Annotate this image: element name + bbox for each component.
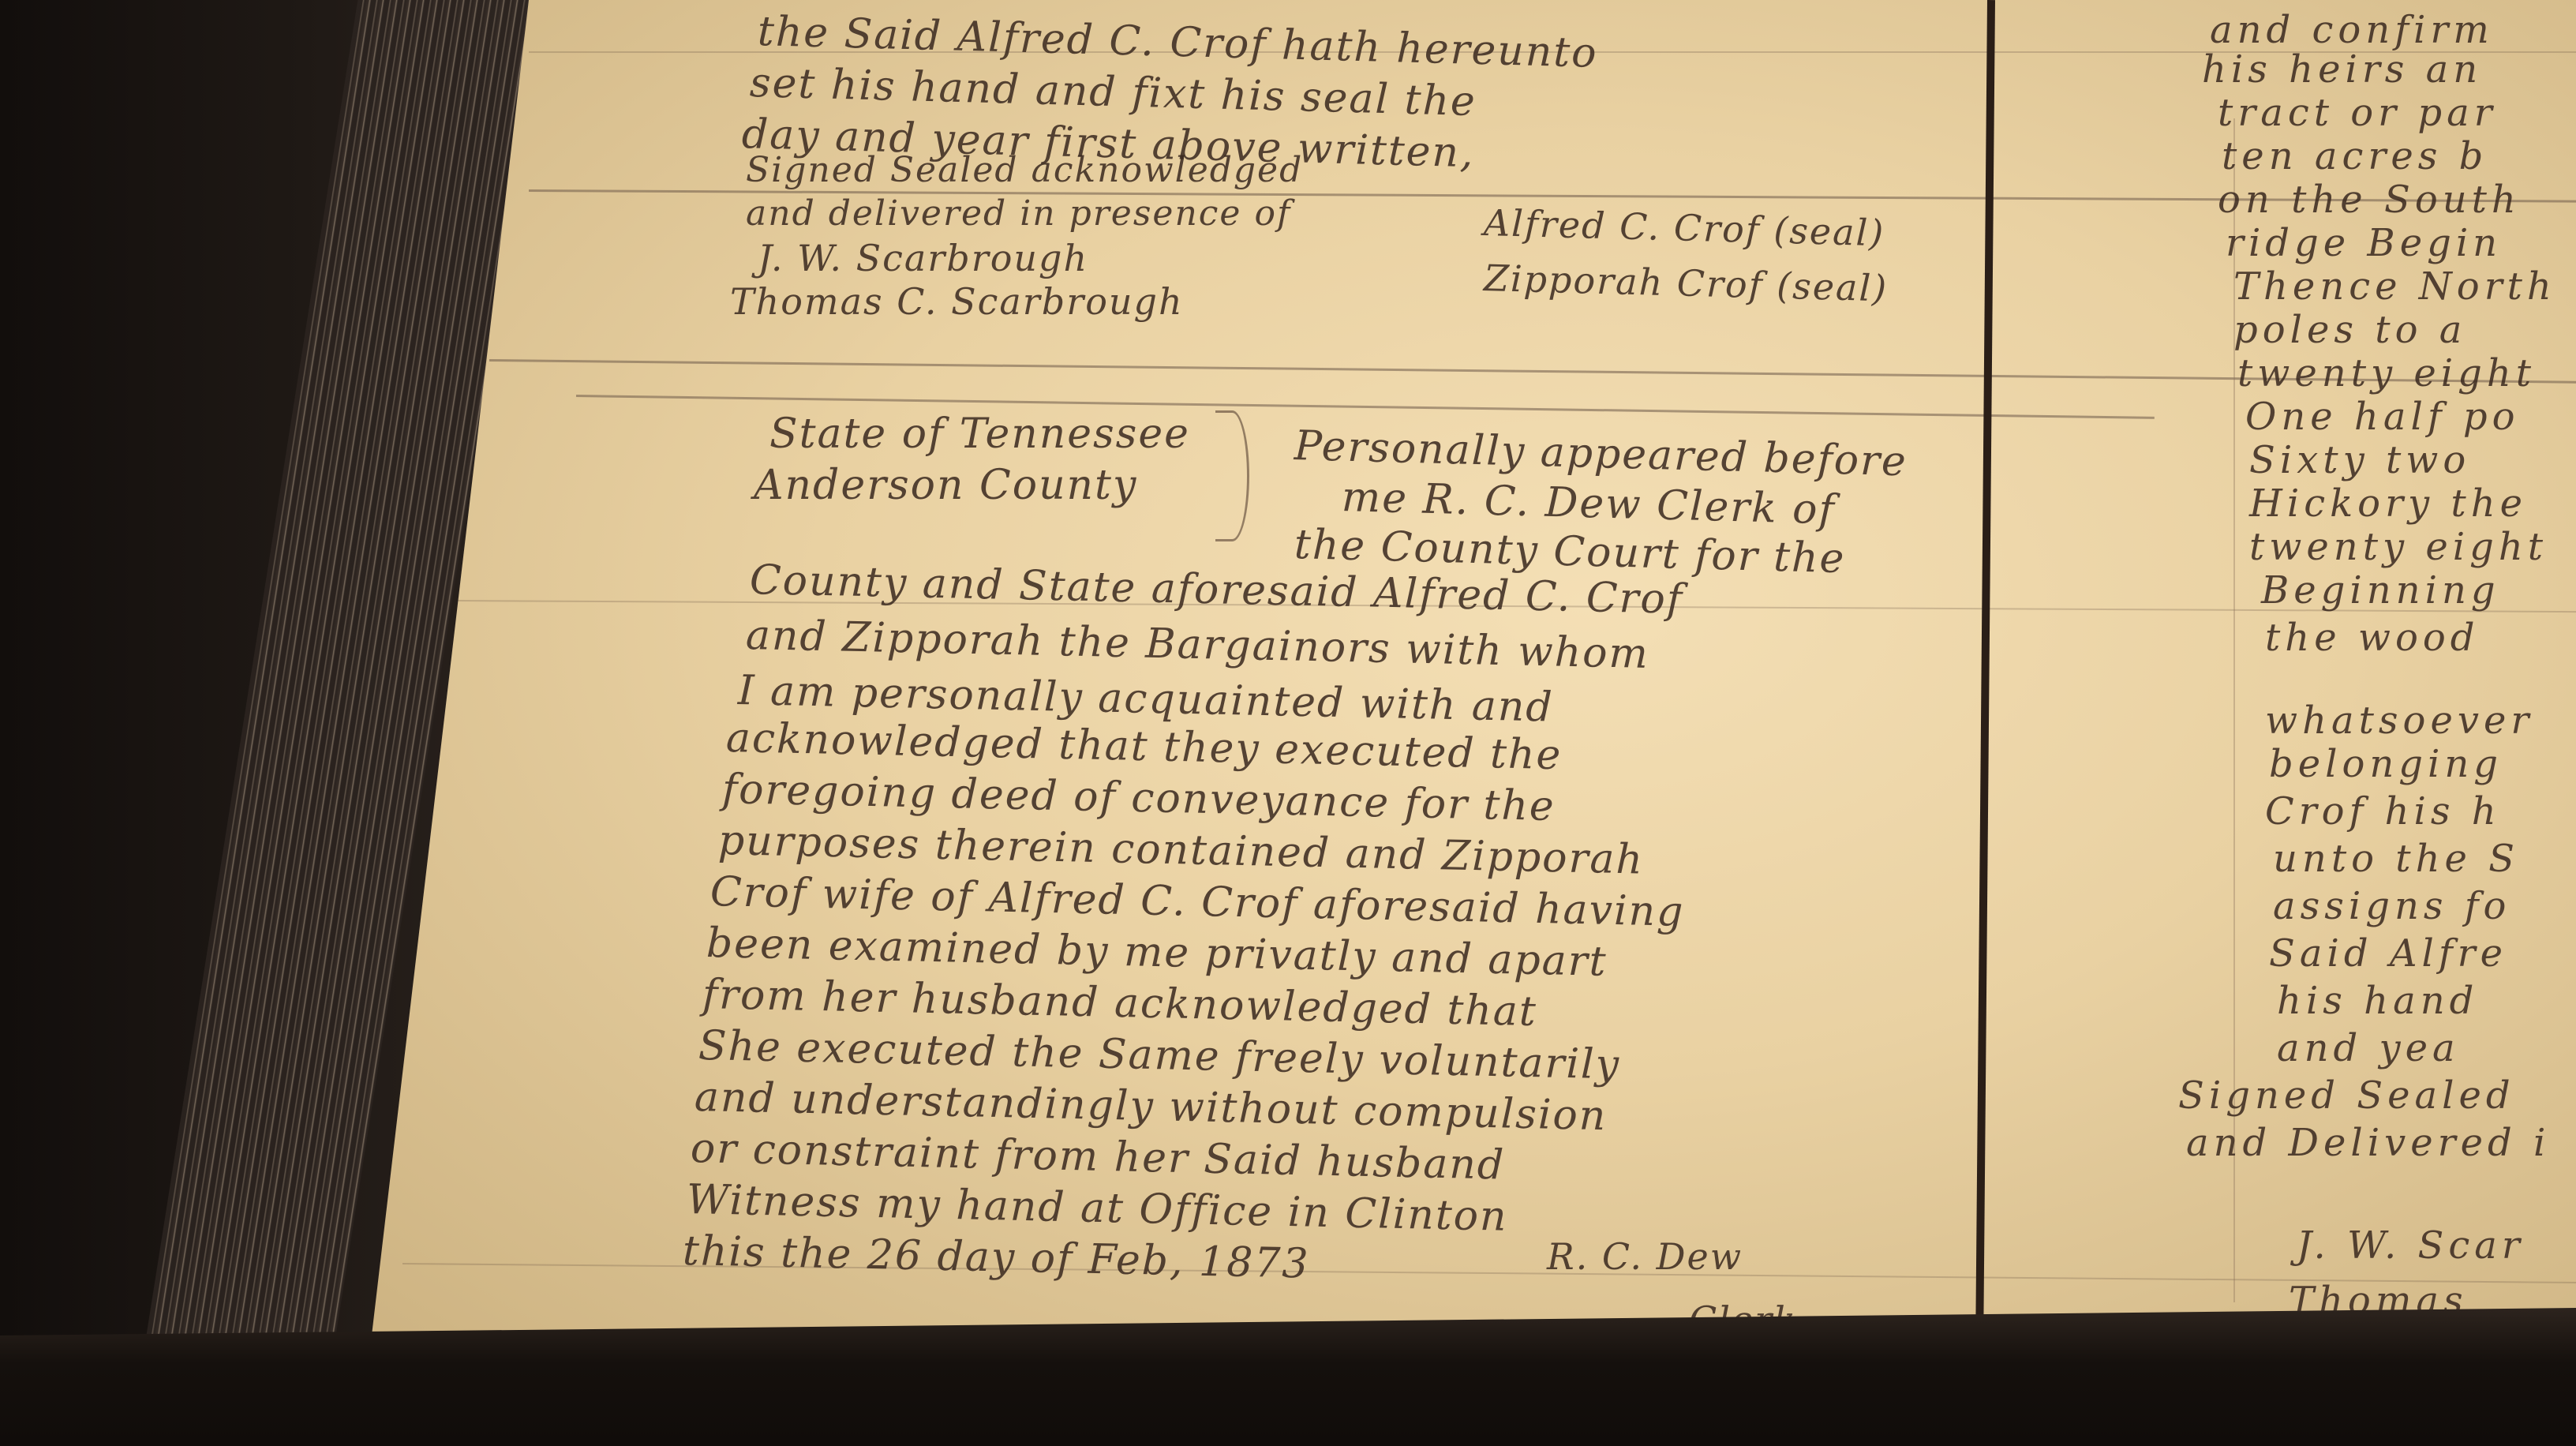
- right-line: whatsoever: [2265, 699, 2533, 743]
- venue-heading: State of Tennessee: [769, 410, 1190, 458]
- text-line: Signed Sealed acknowledged: [746, 150, 1303, 190]
- right-line: Sixty two: [2249, 438, 2470, 482]
- right-line: his heirs an: [2202, 47, 2482, 92]
- right-line: poles to a: [2233, 308, 2466, 352]
- right-line: belonging: [2269, 742, 2503, 786]
- text-line: and delivered in presence of: [746, 193, 1291, 234]
- right-line: Beginning: [2261, 568, 2500, 612]
- right-line: Crof his h: [2265, 789, 2501, 834]
- right-line: and confirm: [2210, 8, 2494, 52]
- right-line: his hand: [2277, 979, 2478, 1023]
- right-witness: J. W. Scar: [2297, 1223, 2525, 1268]
- witness-signature: J. W. Scarbrough: [758, 237, 1088, 279]
- venue-heading: Anderson County: [754, 462, 1137, 509]
- bracket-brace: [1215, 410, 1249, 541]
- right-line: and yea: [2277, 1026, 2460, 1070]
- right-line: on the South: [2218, 178, 2521, 222]
- right-line: and Delivered i: [2186, 1121, 2550, 1165]
- right-line: assigns fo: [2273, 884, 2510, 928]
- witness-signature: Thomas C. Scarbrough: [730, 280, 1184, 323]
- right-line: ridge Begin: [2226, 221, 2502, 265]
- right-line: Signed Sealed: [2178, 1073, 2515, 1118]
- right-line: the wood: [2265, 616, 2479, 660]
- right-line: twenty eight: [2249, 525, 2548, 569]
- right-line: Hickory the: [2249, 481, 2527, 526]
- right-line: unto the S: [2273, 837, 2519, 881]
- right-line: twenty eight: [2237, 351, 2536, 395]
- right-line: One half po: [2245, 395, 2519, 439]
- right-line: Said Alfre: [2269, 931, 2507, 976]
- right-line: Thence North: [2233, 264, 2556, 309]
- clerk-signature: R. C. Dew: [1547, 1235, 1743, 1278]
- right-line: ten acres b: [2222, 134, 2488, 178]
- right-line: tract or par: [2218, 91, 2497, 135]
